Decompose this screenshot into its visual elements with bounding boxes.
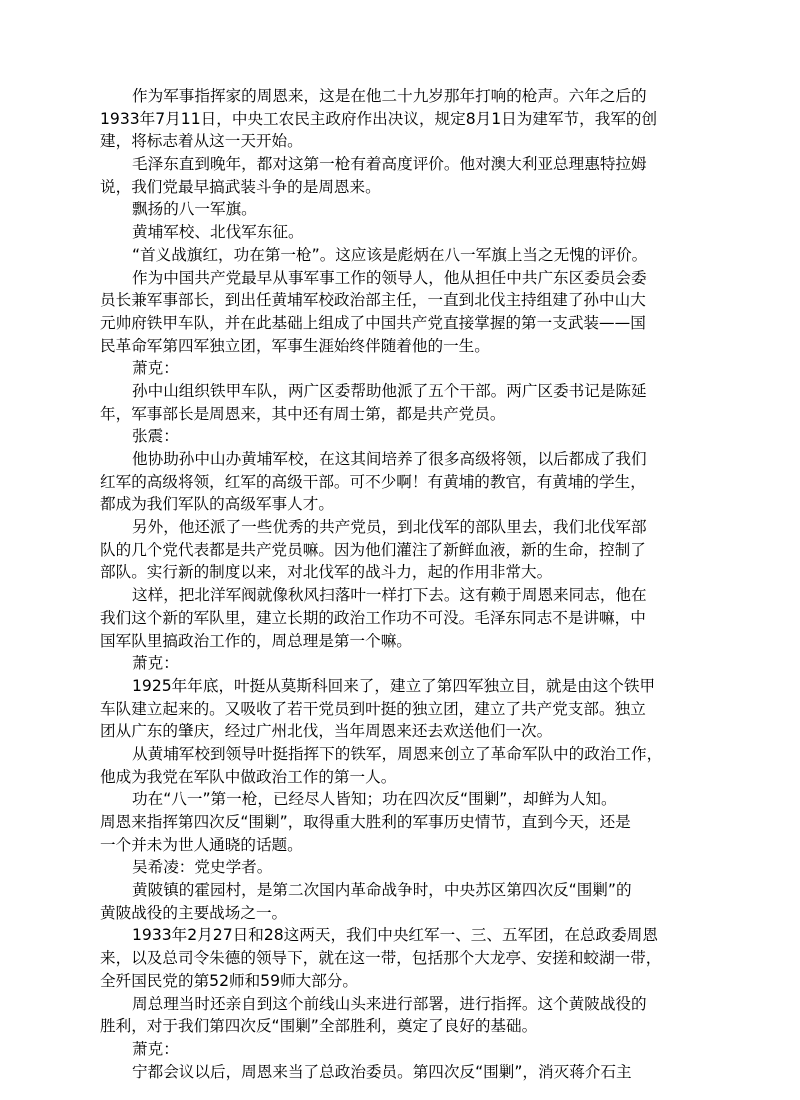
text-line: 萧克：	[100, 357, 690, 380]
text-line: 说，我们党最早搞武装斗争的是周恩来。	[100, 176, 690, 199]
text-line: 全歼国民党的第52师和59师大部分。	[100, 970, 690, 993]
document-page: 作为军事指挥家的周恩来，这是在他二十九岁那年打响的枪声。六年之后的1933年7月…	[100, 85, 690, 1083]
text-line: 黄陂镇的霍园村，是第二次国内革命战争时，中央苏区第四次反“围剿”的	[100, 879, 690, 902]
text-line: 孙中山组织铁甲车队，两广区委帮助他派了五个干部。两广区委书记是陈延	[100, 380, 690, 403]
text-line: 1933年7月11日，中央工农民主政府作出决议，规定8月1日为建军节，我军的创	[100, 108, 690, 131]
text-line: 萧克：	[100, 652, 690, 675]
text-line: 作为军事指挥家的周恩来，这是在他二十九岁那年打响的枪声。六年之后的	[100, 85, 690, 108]
text-line: 周总理当时还亲自到这个前线山头来进行部署，进行指挥。这个黄陂战役的	[100, 993, 690, 1016]
text-line: 这样，把北洋军阀就像秋风扫落叶一样打下去。这有赖于周恩来同志，他在	[100, 584, 690, 607]
text-line: 周恩来指挥第四次反“围剿”，取得重大胜利的军事历史情节，直到今天，还是	[100, 811, 690, 834]
text-line: 都成为我们军队的高级军事人才。	[100, 493, 690, 516]
text-line: 从黄埔军校到领导叶挺指挥下的铁军，周恩来创立了革命军队中的政治工作，	[100, 743, 690, 766]
text-line: 萧克：	[100, 1038, 690, 1061]
text-line: 国军队里搞政治工作的，周总理是第一个嘛。	[100, 630, 690, 653]
text-line: 一个并未为世人通晓的话题。	[100, 834, 690, 857]
text-line: 我们这个新的军队里，建立长期的政治工作功不可没。毛泽东同志不是讲嘛，中	[100, 607, 690, 630]
text-line: 另外，他还派了一些优秀的共产党员，到北伐军的部队里去，我们北伐军部	[100, 516, 690, 539]
text-line: 民革命军第四军独立团，军事生涯始终伴随着他的一生。	[100, 335, 690, 358]
text-line: 元帅府铁甲车队，并在此基础上组成了中国共产党直接掌握的第一支武装——国	[100, 312, 690, 335]
text-line: 员长兼军事部长，到出任黄埔军校政治部主任，一直到北伐主持组建了孙中山大	[100, 289, 690, 312]
text-line: 红军的高级将领，红军的高级干部。可不少啊！有黄埔的教官，有黄埔的学生，	[100, 471, 690, 494]
text-line: 作为中国共产党最早从事军事工作的领导人，他从担任中共广东区委员会委	[100, 267, 690, 290]
text-line: 吴希凌：党史学者。	[100, 856, 690, 879]
text-line: 年，军事部长是周恩来，其中还有周士第，都是共产党员。	[100, 403, 690, 426]
text-line: 功在“八一”第一枪，已经尽人皆知；功在四次反“围剿”，却鲜为人知。	[100, 788, 690, 811]
text-line: 飘扬的八一军旗。	[100, 198, 690, 221]
text-line: 队的几个党代表都是共产党员嘛。因为他们灌注了新鲜血液，新的生命，控制了	[100, 539, 690, 562]
text-line: 部队。实行新的制度以来，对北伐军的战斗力，起的作用非常大。	[100, 561, 690, 584]
text-line: 宁都会议以后，周恩来当了总政治委员。第四次反“围剿”，消灭蒋介石主	[100, 1061, 690, 1084]
text-line: “首义战旗红，功在第一枪”。这应该是彪炳在八一军旗上当之无愧的评价。	[100, 244, 690, 267]
text-line: 黄埔军校、北伐军东征。	[100, 221, 690, 244]
text-line: 车队建立起来的。又吸收了若干党员到叶挺的独立团，建立了共产党支部。独立	[100, 698, 690, 721]
text-line: 胜利，对于我们第四次反“围剿”全部胜利，奠定了良好的基础。	[100, 1015, 690, 1038]
text-line: 他成为我党在军队中做政治工作的第一人。	[100, 766, 690, 789]
text-line: 建，将标志着从这一天开始。	[100, 130, 690, 153]
text-line: 团从广东的肇庆，经过广州北伐，当年周恩来还去欢送他们一次。	[100, 720, 690, 743]
text-line: 黄陂战役的主要战场之一。	[100, 902, 690, 925]
text-line: 1925年年底，叶挺从莫斯科回来了，建立了第四军独立目，就是由这个铁甲	[100, 675, 690, 698]
text-line: 来，以及总司令朱德的领导下，就在这一带，包括那个大龙亭、安搓和蛟湖一带，	[100, 947, 690, 970]
text-line: 毛泽东直到晚年，都对这第一枪有着高度评价。他对澳大利亚总理惠特拉姆	[100, 153, 690, 176]
text-line: 他协助孙中山办黄埔军校，在这其间培养了很多高级将领，以后都成了我们	[100, 448, 690, 471]
text-line: 张震：	[100, 425, 690, 448]
text-line: 1933年2月27日和28这两天，我们中央红军一、三、五军团，在总政委周恩	[100, 924, 690, 947]
